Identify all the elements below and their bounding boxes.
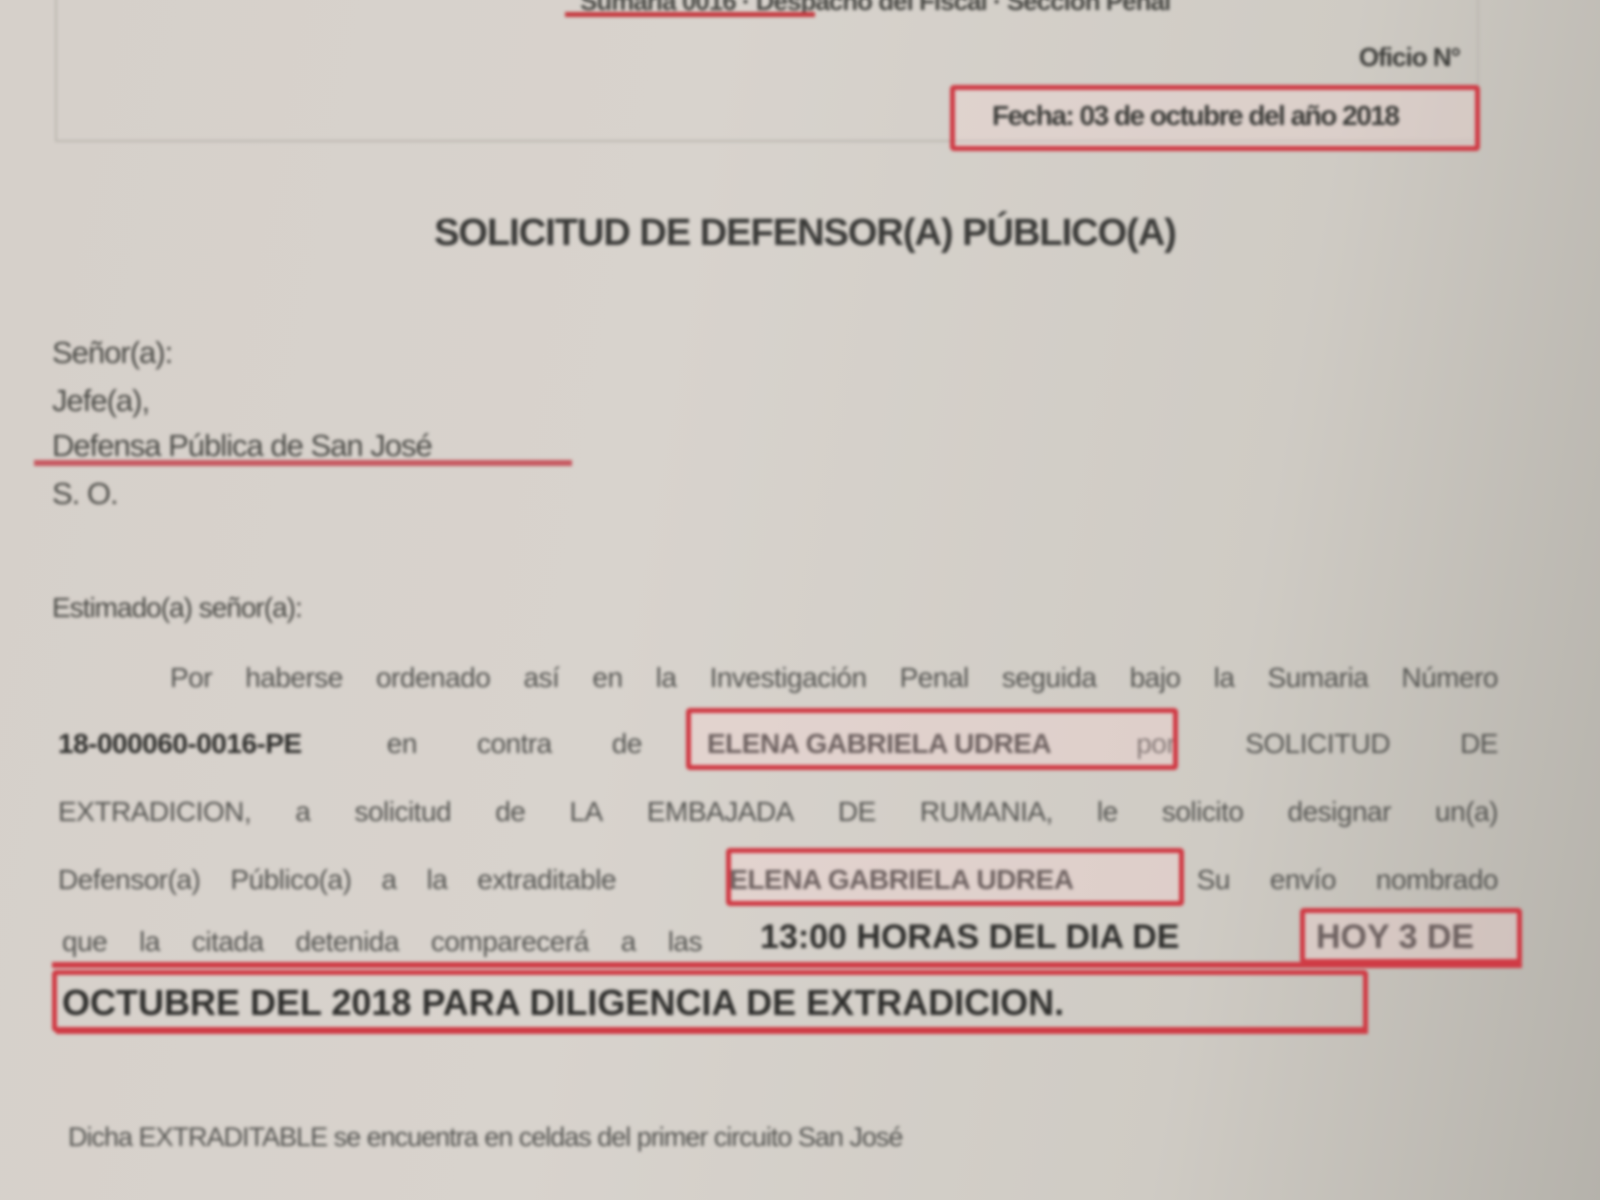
document-page: Sumaria 0016 · Despacho del Fiscal · Sec… (0, 0, 1600, 1200)
body-line-3: EXTRADICION,asolicituddeLAEMBAJADADERUMA… (58, 796, 1498, 828)
body-word: envío (1270, 864, 1336, 896)
case-number: 18-000060-0016-PE (58, 728, 302, 760)
body-word: Número (1401, 662, 1498, 694)
annotation-box-purpose (52, 970, 1368, 1032)
body-word: las (668, 926, 702, 958)
oficio-number: Oficio N° (1359, 42, 1460, 73)
body-word: Investigación (710, 662, 867, 694)
annotation-underline (52, 962, 1522, 968)
body-word: a (295, 796, 310, 828)
hearing-time: 13:00 HORAS DEL DIA DE (760, 918, 1179, 957)
body-word: solicito (1162, 796, 1244, 828)
body-word: en (592, 662, 622, 694)
body-word: EMBAJADA (647, 796, 794, 828)
document-date: Fecha: 03 de octubre del año 2018 (992, 100, 1398, 132)
body-word: la (656, 662, 677, 694)
body-word: Defensor(a) (58, 864, 200, 896)
body-word: DE (838, 796, 876, 828)
body-word: DE (1460, 728, 1498, 760)
addressee-line: Jefe(a), (52, 383, 149, 419)
body-word: así (523, 662, 559, 694)
annotation-underline (565, 12, 815, 17)
body-word: Penal (900, 662, 969, 694)
body-word: solicitud (354, 796, 451, 828)
body-word: en (387, 728, 417, 760)
body-word: detenida (296, 926, 399, 958)
body-word: un(a) (1435, 796, 1498, 828)
body-word: Su (1197, 864, 1230, 896)
body-word: citada (192, 926, 264, 958)
annotation-box-day (1300, 908, 1522, 964)
body-word: SOLICITUD (1245, 728, 1390, 760)
body-word: que (62, 926, 107, 958)
annotation-box-name (686, 708, 1178, 770)
body-word: a (621, 926, 636, 958)
body-word: LA (569, 796, 602, 828)
body-word: ordenado (376, 662, 490, 694)
body-word: designar (1288, 796, 1391, 828)
body-word: haberse (245, 662, 343, 694)
body-word: Sumaria (1268, 662, 1369, 694)
body-word: nombrado (1376, 864, 1498, 896)
body-word: de (495, 796, 525, 828)
body-word: bajo (1130, 662, 1181, 694)
addressee-line: S. O. (52, 476, 118, 512)
body-word: le (1097, 796, 1118, 828)
document-title: SOLICITUD DE DEFENSOR(A) PÚBLICO(A) (0, 212, 1600, 255)
body-word: seguida (1002, 662, 1097, 694)
body-word: contra (477, 728, 552, 760)
annotation-underline (34, 460, 572, 466)
body-word: extraditable (477, 864, 616, 896)
body-word: de (612, 728, 642, 760)
body-word: Público(a) (230, 864, 351, 896)
body-word: Por (170, 662, 212, 694)
body-line-1: PorhaberseordenadoasíenlaInvestigaciónPe… (170, 662, 1498, 694)
body-word: la (1214, 662, 1235, 694)
body-word: RUMANIA, (920, 796, 1053, 828)
addressee-line: Señor(a): (52, 335, 172, 371)
body-word: a (381, 864, 396, 896)
body-word: la (426, 864, 447, 896)
addressee-office: Defensa Pública de San José (52, 428, 432, 464)
annotation-box-name (726, 848, 1184, 906)
body-line-5: quelacitadadetenidacompareceráalas (62, 926, 702, 958)
body-word: la (139, 926, 160, 958)
closing-line: Dicha EXTRADITABLE se encuentra en celda… (68, 1122, 902, 1153)
body-word: EXTRADICION, (58, 796, 251, 828)
body-word: comparecerá (431, 926, 589, 958)
salutation: Estimado(a) señor(a): (52, 592, 302, 624)
annotation-underline (56, 1028, 1368, 1034)
